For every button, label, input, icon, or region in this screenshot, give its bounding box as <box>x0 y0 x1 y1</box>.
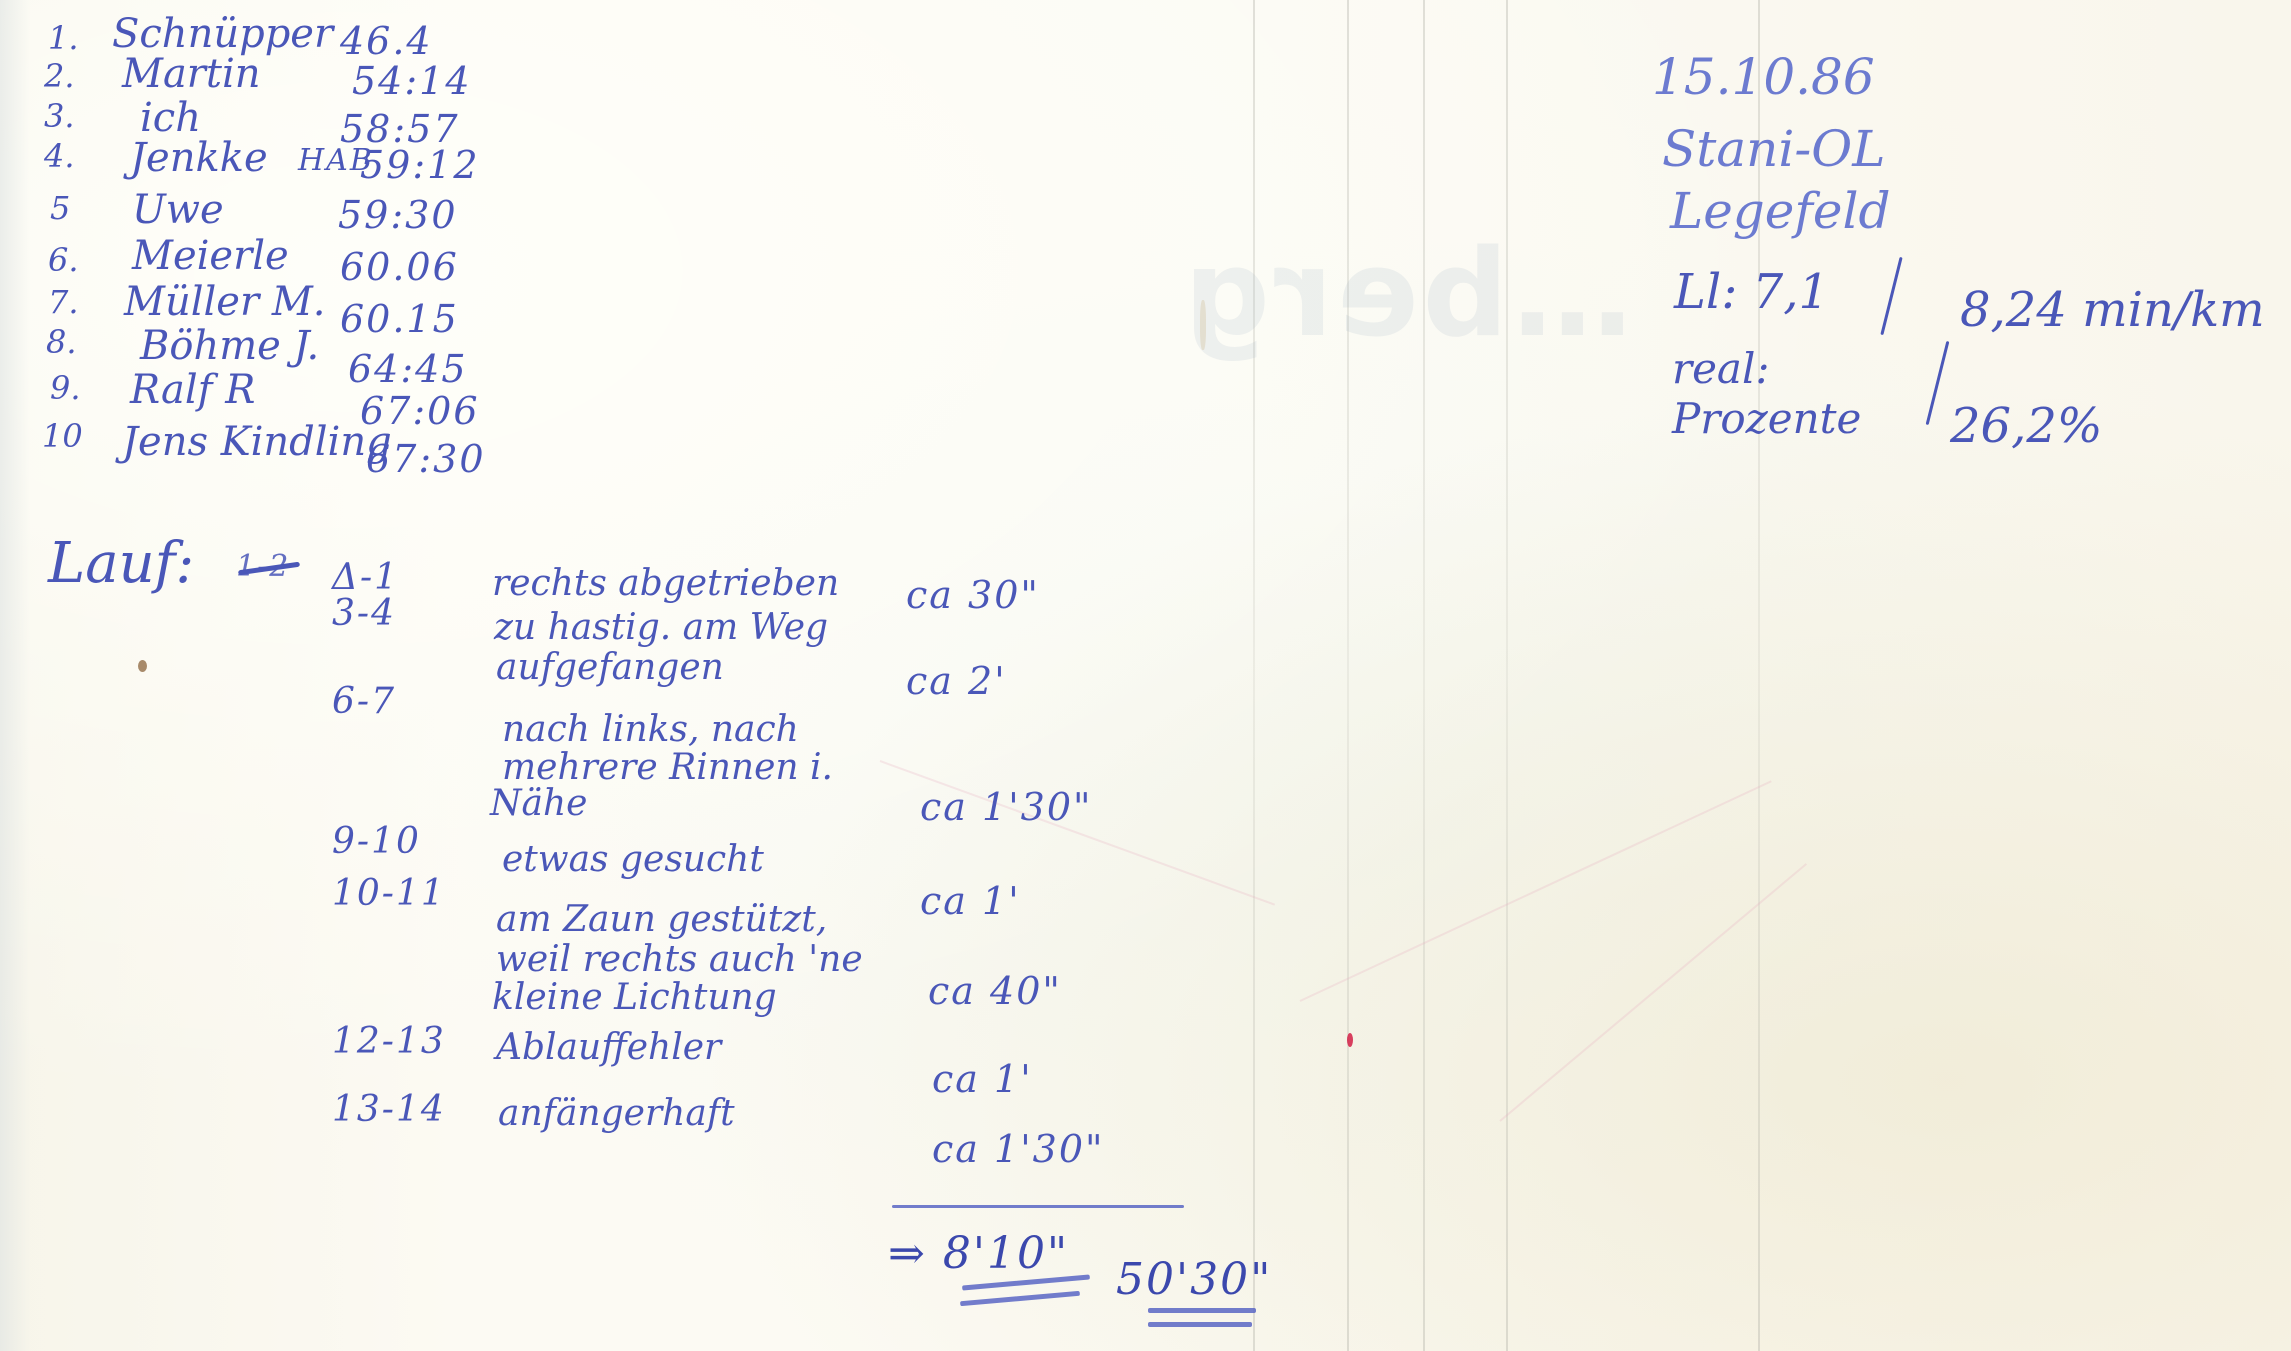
result-rank: 7. <box>48 286 79 318</box>
result-rank: 1. <box>48 22 79 54</box>
time-loss: ca 40" <box>928 972 1062 1010</box>
leg-description: aufgefangen <box>496 650 724 686</box>
fold-line <box>1423 0 1425 1351</box>
leg-description: zu hastig. am Weg <box>494 610 828 646</box>
paper-stain <box>1200 300 1206 350</box>
leg-description: Ablauffehler <box>496 1030 721 1066</box>
sum-line <box>892 1205 1184 1208</box>
double-underline <box>1148 1322 1252 1327</box>
result-name: Uwe <box>132 190 224 230</box>
run-label: Lauf: <box>48 536 194 592</box>
time-loss: ca 1' <box>920 882 1021 920</box>
fold-line <box>1347 0 1349 1351</box>
leg-description: rechts abgetrieben <box>492 566 839 602</box>
pace-value: 8,24 min/km <box>1960 286 2265 334</box>
leg-number: 3-4 <box>332 596 396 632</box>
result-time: 64:45 <box>348 350 468 388</box>
result-rank: 9. <box>50 372 81 404</box>
leg-number: Δ-1 <box>332 560 399 596</box>
result-name: Jens Kindling <box>122 422 392 462</box>
result-name: Martin <box>122 54 261 94</box>
leg-number: 6-7 <box>332 684 396 720</box>
leg-description: am Zaun gestützt, <box>496 902 827 938</box>
percent-value: 26,2% <box>1950 402 2102 450</box>
result-rank: 2. <box>44 60 75 92</box>
leg-number: 10-11 <box>332 876 446 912</box>
result-name: Böhme J. <box>140 326 319 366</box>
result-time: 54:14 <box>352 62 472 100</box>
map-bleed-through-title: …berg <box>1180 225 1632 364</box>
result-rank: 5 <box>50 192 70 224</box>
leg-description: weil rechts auch 'ne <box>496 942 863 978</box>
leg-number: 12-13 <box>332 1024 446 1060</box>
double-underline <box>1148 1308 1256 1313</box>
time-loss: ca 1' <box>932 1060 1033 1098</box>
red-mark <box>1347 1033 1353 1047</box>
result-rank: 8. <box>46 326 77 358</box>
leg-description: mehrere Rinnen i. <box>502 750 833 786</box>
time-loss: ca 30" <box>906 576 1040 614</box>
ink-stain <box>138 660 147 672</box>
result-time: 59:30 <box>338 196 458 234</box>
time-loss: ca 1'30" <box>920 788 1092 826</box>
percent-label: Prozente <box>1672 398 1861 440</box>
total-time-loss: ⇒ 8'10" <box>888 1232 1069 1276</box>
result-rank: 3. <box>44 100 75 132</box>
race-location: Legefeld <box>1670 186 1890 236</box>
result-time: 60.15 <box>340 300 459 338</box>
time-loss: ca 1'30" <box>932 1130 1104 1168</box>
time-loss: ca 2' <box>906 662 1007 700</box>
leg-description: kleine Lichtung <box>492 980 777 1016</box>
race-event: Stani-OL <box>1662 124 1885 174</box>
leg-number: 9-10 <box>332 824 421 860</box>
result-time: 67:30 <box>366 440 486 478</box>
result-name: Schnüpper <box>112 14 333 54</box>
result-name: Jenkke <box>130 138 268 178</box>
result-time: 59:12 <box>360 146 480 184</box>
result-rank: 10 <box>42 420 83 452</box>
total-race-time: 50'30" <box>1116 1258 1272 1302</box>
result-time: 46.4 <box>340 22 433 60</box>
result-time: 60.06 <box>340 248 459 286</box>
real-label: real: <box>1672 348 1770 390</box>
paper-edge-shadow <box>0 0 30 1351</box>
leg-description: nach links, nach <box>502 712 799 748</box>
fold-line <box>1506 0 1508 1351</box>
result-name: Meierle <box>132 236 289 276</box>
result-rank: 4. <box>44 140 75 172</box>
result-name: Müller M. <box>124 282 325 322</box>
leg-description: anfängerhaft <box>498 1096 735 1132</box>
result-name: ich <box>140 98 201 138</box>
course-length: Ll: 7,1 <box>1674 268 1829 316</box>
result-name: Ralf R <box>130 370 255 410</box>
leg-description: etwas gesucht <box>502 842 764 878</box>
leg-description: Nähe <box>490 786 587 822</box>
leg-number: 13-14 <box>332 1092 446 1128</box>
fold-line <box>1253 0 1255 1351</box>
race-date: 15.10.86 <box>1652 52 1875 102</box>
result-rank: 6. <box>48 244 79 276</box>
